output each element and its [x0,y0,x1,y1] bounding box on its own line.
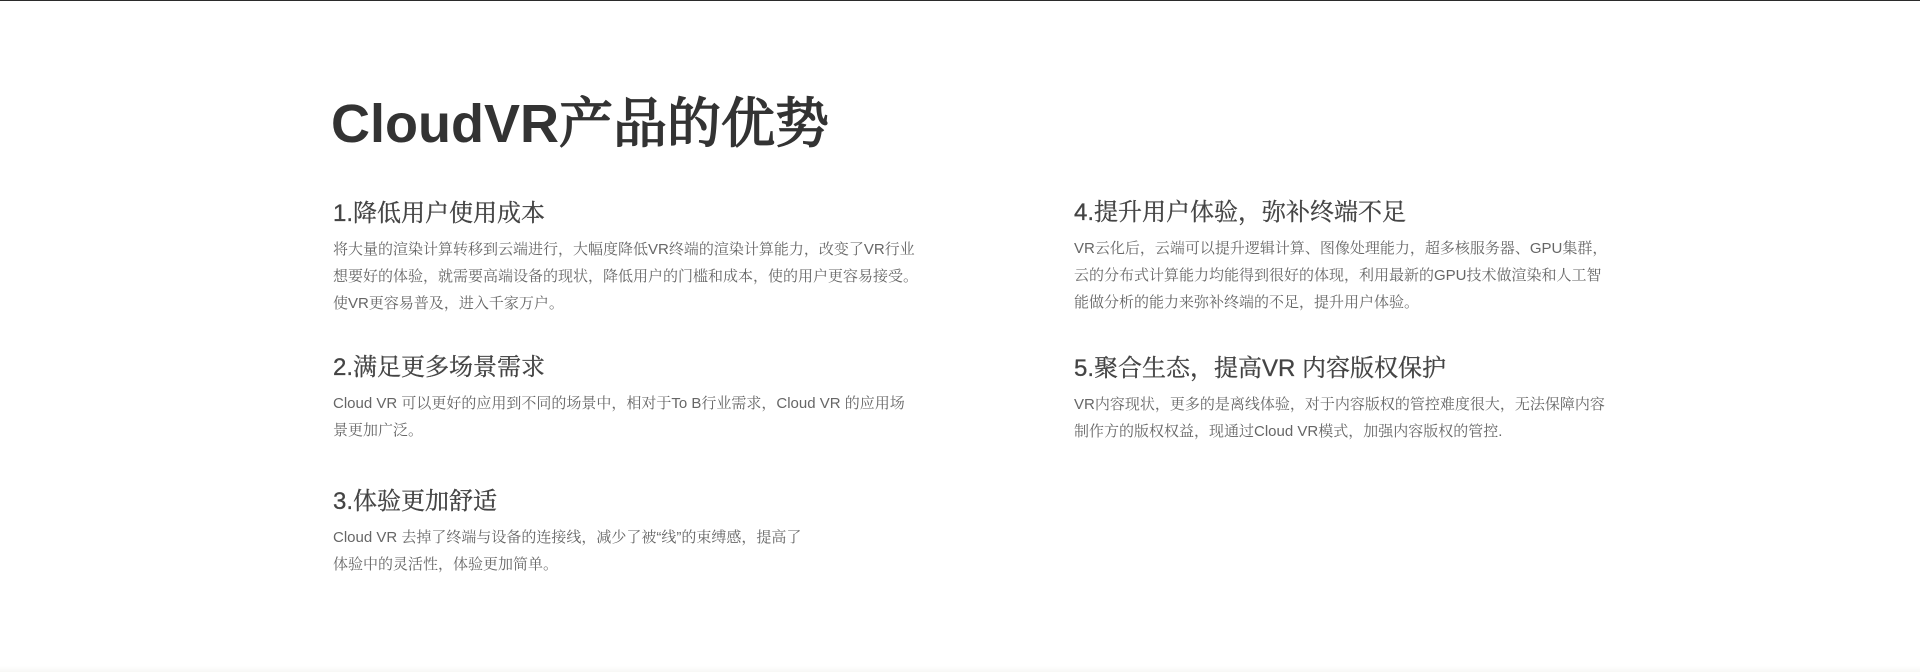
advantage-section-4: 4.提升用户体验，弥补终端不足 VR云化后，云端可以提升逻辑计算、图像处理能力，… [1074,197,1654,316]
section-body: VR云化后，云端可以提升逻辑计算、图像处理能力，超多核服务器、GPU集群， 云的… [1074,235,1654,316]
section-heading: 1.降低用户使用成本 [333,198,953,230]
advantage-section-2: 2.满足更多场景需求 Cloud VR 可以更好的应用到不同的场景中，相对于To… [333,352,953,444]
advantage-section-5: 5.聚合生态，提高VR 内容版权保护 VR内容现状，更多的是离线体验，对于内容版… [1074,353,1654,445]
top-divider [0,0,1920,1]
page-title: CloudVR产品的优势 [331,92,829,156]
section-heading: 3.体验更加舒适 [333,486,953,518]
section-body: Cloud VR 去掉了终端与设备的连接线，减少了被“线”的束缚感，提高了 体验… [333,524,953,578]
section-body: VR内容现状，更多的是离线体验，对于内容版权的管控难度很大，无法保障内容 制作方… [1074,391,1654,445]
section-body: 将大量的渲染计算转移到云端进行，大幅度降低VR终端的渲染计算能力，改变了VR行业… [333,236,953,317]
bottom-edge [0,666,1920,672]
advantage-section-1: 1.降低用户使用成本 将大量的渲染计算转移到云端进行，大幅度降低VR终端的渲染计… [333,198,953,317]
section-heading: 5.聚合生态，提高VR 内容版权保护 [1074,353,1654,385]
section-heading: 2.满足更多场景需求 [333,352,953,384]
section-body: Cloud VR 可以更好的应用到不同的场景中，相对于To B行业需求，Clou… [333,390,953,444]
section-heading: 4.提升用户体验，弥补终端不足 [1074,197,1654,229]
advantage-section-3: 3.体验更加舒适 Cloud VR 去掉了终端与设备的连接线，减少了被“线”的束… [333,486,953,578]
